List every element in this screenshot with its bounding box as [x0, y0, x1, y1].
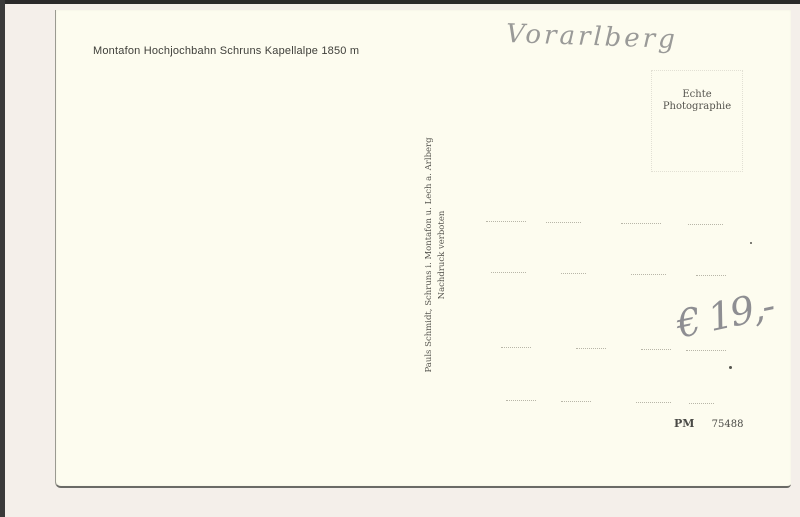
address-line-1d: [688, 224, 723, 225]
address-line-4a: [506, 400, 536, 401]
address-line-1a: [486, 221, 526, 222]
address-line-2a: [491, 272, 526, 273]
address-line-4d: [689, 403, 714, 404]
stamp-box: Echte Photographie: [651, 70, 743, 172]
stamp-box-text: Echte Photographie: [652, 89, 742, 113]
address-line-2d: [696, 275, 726, 276]
publisher-imprint: Pauls Schmidt, Schruns i. Montafon u. Le…: [411, 100, 461, 410]
address-line-4c: [636, 402, 671, 403]
card-number: 75488: [712, 419, 744, 430]
publisher-line1: Pauls Schmidt, Schruns i. Montafon u. Le…: [423, 105, 436, 405]
address-line-2c: [631, 274, 666, 275]
publisher-brand-mark: PM: [674, 417, 694, 430]
address-line-3d: [686, 350, 726, 351]
address-line-4b: [561, 401, 591, 402]
stamp-text-line2: Photographie: [652, 101, 742, 113]
address-line-3c: [641, 349, 671, 350]
scan-left-edge: [0, 0, 5, 517]
address-line-2b: [561, 273, 586, 274]
address-line-3a: [501, 347, 531, 348]
publisher-line2: Nachdruck verboten: [436, 105, 449, 405]
address-line-3b: [576, 348, 606, 349]
stamp-text-line1: Echte: [652, 89, 742, 101]
ink-speck: [750, 242, 752, 244]
address-line-1c: [621, 223, 661, 224]
handwritten-price: € 19,-: [672, 283, 777, 346]
postcard-caption: Montafon Hochjochbahn Schruns Kapellalpe…: [93, 45, 359, 57]
address-line-1b: [546, 222, 581, 223]
handwritten-region-label: Vorarlberg: [506, 19, 679, 55]
card-footer-code: PM 75488: [674, 417, 743, 430]
ink-speck: [729, 366, 732, 369]
postcard-back: Montafon Hochjochbahn Schruns Kapellalpe…: [55, 10, 791, 488]
